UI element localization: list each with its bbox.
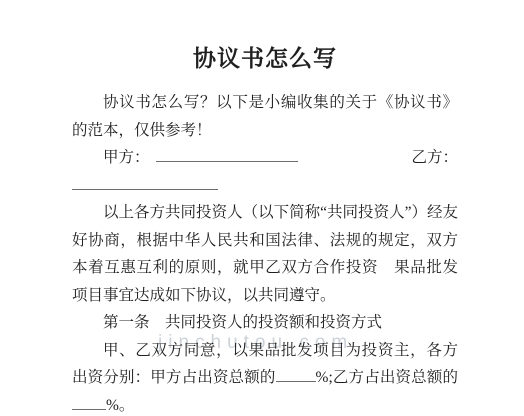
clause-1-text-2: %;乙方占出资总额的 bbox=[316, 369, 458, 386]
document-content: 协议书怎么写 协议书怎么写？以下是小编收集的关于《协议书》的范本，仅供参考！ 甲… bbox=[72, 42, 458, 416]
party-b-label: 乙方： bbox=[411, 144, 458, 172]
party-a-label: 甲方： bbox=[103, 144, 150, 172]
party-a-percent-blank bbox=[276, 366, 316, 382]
preamble-paragraph: 以上各方共同投资人（以下简称“共同投资人”）经友好协商，根据中华人民共和国法律、… bbox=[72, 199, 458, 309]
party-b-blank-row bbox=[72, 172, 458, 200]
page-title: 协议书怎么写 bbox=[72, 42, 458, 75]
party-row: 甲方： 乙方： bbox=[72, 144, 458, 172]
clause-1-heading: 第一条 共同投资人的投资额和投资方式 bbox=[72, 309, 458, 337]
party-a-name-blank bbox=[156, 146, 298, 162]
party-b-percent-blank bbox=[72, 394, 106, 410]
document-page: jinchutou.com 协议书怎么写 协议书怎么写？以下是小编收集的关于《协… bbox=[0, 0, 524, 416]
clause-1-text-3: %。 bbox=[106, 397, 134, 414]
clause-1-paragraph: 甲、乙双方同意，以果品批发项目为投资主，各方出资分别：甲方占出资总额的%;乙方占… bbox=[72, 337, 458, 416]
party-b-name-blank bbox=[72, 174, 218, 190]
intro-paragraph: 协议书怎么写？以下是小编收集的关于《协议书》的范本，仅供参考！ bbox=[72, 89, 458, 144]
